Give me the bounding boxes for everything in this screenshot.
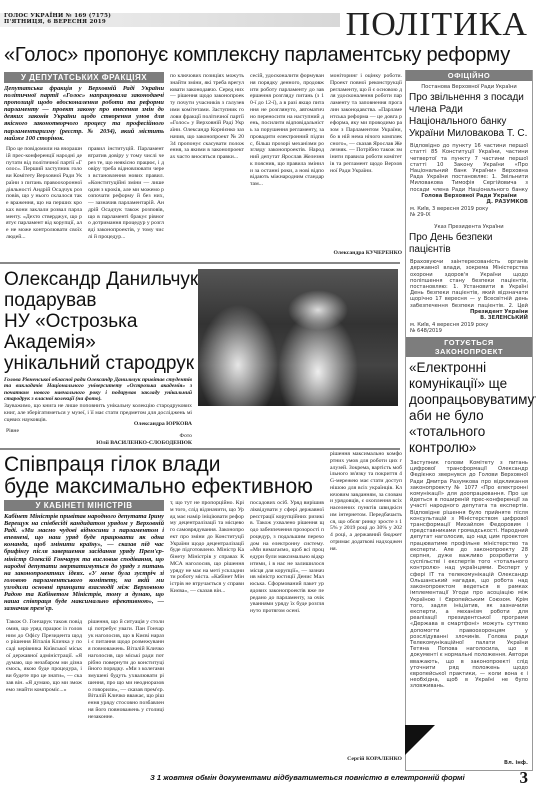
article3-byline: Сергій КОРАЛЕНКО (330, 756, 402, 763)
article3-rubric-wrap: У КАБІНЕТІ МІНІСТРІВ (4, 500, 164, 511)
divider (0, 262, 400, 264)
article1-col1: Про це повідомили на вчорашній прес-конф… (6, 146, 82, 258)
article2-byline: Олександра ЮРКОВА (100, 421, 192, 428)
article3-col5: рішення максимально комфортних умов для … (330, 451, 402, 754)
article1-col5: моніторинг і оцінку роботи. Проект повно… (330, 73, 402, 249)
article1-lead: Депутатська фракція у Верховній Раді Укр… (4, 85, 164, 143)
date-line: П'ЯТНИЦЯ, 6 ВЕРЕСНЯ 2019 (4, 19, 111, 25)
doc2-body: Враховуючи заінтересованість органів дер… (406, 259, 532, 309)
sidebar-official: ОФІЦІЙНО Постанова Верховної Ради Україн… (405, 70, 533, 771)
bill-body: Заступник голови Комітету з питань цифро… (406, 460, 532, 760)
article2-lead: Голова Рівненської обласної ради Олексан… (4, 377, 192, 403)
article3-col4: посадових осіб. Уряд вирішив ліквідувати… (250, 500, 324, 763)
headline-line: унікальний стародрук (4, 353, 198, 374)
photo-label: Фото (100, 433, 192, 440)
article2-headline: Олександр Данильчук подарував НУ «Остроз… (4, 269, 198, 374)
masthead-issue-info: ГОЛОС УКРАЇНИ № 169 (7175) П'ЯТНИЦЯ, 6 В… (4, 13, 111, 25)
article1-col2: правил інституцій. Парламент втратив дов… (88, 146, 164, 258)
article2-body: Зауважимо, що книга не лише поповнить ун… (4, 403, 192, 423)
headline-line: НУ «Острозька (4, 311, 198, 332)
headline-line: Співпраця гілок влади (4, 454, 313, 476)
article1-rubric-wrap: У ДЕПУТАТСЬКИХ ФРАКЦІЯХ (4, 72, 164, 83)
corner-triangle (405, 725, 435, 755)
doc1-body: Відповідно до пункту 16 частини першої с… (406, 143, 532, 193)
doc2-number: № 648/2019 (406, 328, 532, 337)
article1-rubric: У ДЕПУТАТСЬКИХ ФРАКЦІЯХ (4, 72, 164, 83)
headline-line: буде максимально ефективною (4, 476, 313, 498)
article2-city: Рівне (6, 428, 46, 435)
article3-rubric: У КАБІНЕТІ МІНІСТРІВ (4, 500, 164, 511)
footer-note: З 1 жовтня обмін документами відбуватиме… (150, 773, 465, 782)
bill-headline: «Електронні комунікації» ще доопрацьовув… (406, 357, 532, 460)
article1-headline: «Голос» пропонує комплексну парламентськ… (4, 44, 510, 67)
divider (0, 448, 400, 450)
doc1-type: Постанова Верховної Ради України (406, 81, 532, 90)
section-title: ПОЛІТИКА (346, 6, 528, 44)
doc1-title: Про звільнення з посади члена Ради Націо… (406, 90, 532, 143)
page-number: 3 (520, 768, 529, 788)
photo-credit: Юлії ВАСИЛЕНКО-СЛОБОДЕНЮК (40, 440, 192, 447)
bill-byline: Вл. інф. (406, 760, 532, 770)
article3-lead: Кабінет Міністрів привітав народного деп… (4, 513, 164, 617)
headline-line: Олександр Данильчук (4, 269, 198, 290)
article3-col2: рішення, що й ситуація у столиці потребу… (88, 619, 164, 763)
article3-headline: Співпраця гілок влади буде максимально е… (4, 454, 313, 498)
bill-rubric: ГОТУЄТЬСЯ ЗАКОНОПРОЕКТ (406, 337, 532, 357)
headline-line: подарував (4, 290, 198, 311)
bill-rubric-line1: ГОТУЄТЬСЯ (406, 338, 532, 347)
article3-col1: Також О. Гончарук також повідомив, що ур… (6, 619, 82, 763)
article1-col4: сесій, удосконалити формування порядку д… (250, 73, 324, 259)
doc2-title: Про День безпеки пацієнтів (406, 230, 532, 259)
article1-col3: по ключових позиціях можуть знайти зміни… (170, 73, 244, 259)
bill-rubric-line2: ЗАКОНОПРОЕКТ (406, 347, 532, 356)
article3-col3: т, що тут не пропорційно. Крім того, слі… (170, 500, 244, 763)
headline-line: Академія» (4, 332, 198, 353)
article1-byline: Олександра КУЧЕРЕНКО (330, 250, 402, 258)
official-rubric: ОФІЦІЙНО (406, 70, 532, 81)
article2-photo (198, 269, 398, 406)
doc2-type: Указ Президента України (406, 218, 532, 230)
